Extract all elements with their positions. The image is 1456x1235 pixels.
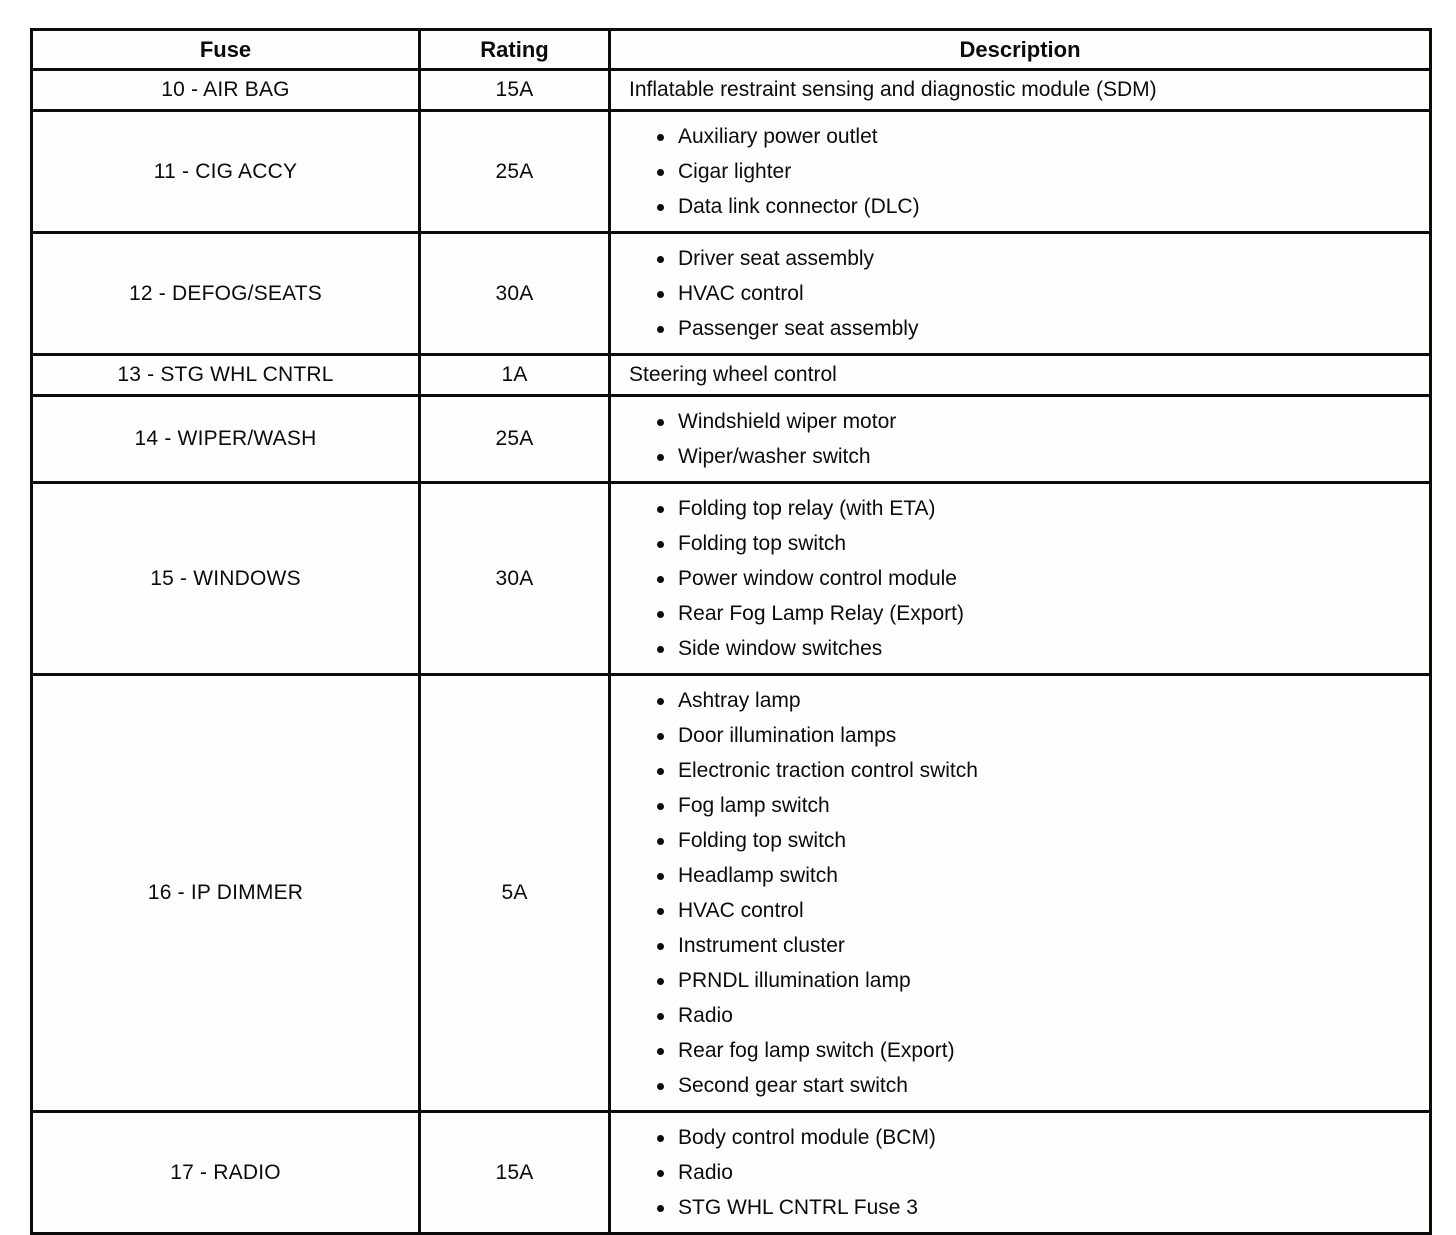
description-cell: Driver seat assembly HVAC control Passen…	[611, 234, 1429, 353]
description-text: Side window switches	[678, 631, 882, 666]
description-cell: Body control module (BCM) Radio STG WHL …	[611, 1113, 1429, 1232]
bullet-icon	[657, 803, 664, 810]
description-item: STG WHL CNTRL Fuse 3	[657, 1190, 1419, 1225]
description-cell: Steering wheel control	[611, 356, 1429, 394]
bullet-icon	[657, 1083, 664, 1090]
description-text: Instrument cluster	[678, 928, 845, 963]
fuse-cell: 12 - DEFOG/SEATS	[33, 234, 421, 353]
fuse-cell: 17 - RADIO	[33, 1113, 421, 1232]
description-text: Auxiliary power outlet	[678, 119, 878, 154]
bullet-icon	[657, 698, 664, 705]
description-item: Auxiliary power outlet	[657, 119, 1419, 154]
description-item: HVAC control	[657, 893, 1419, 928]
bullet-icon	[657, 256, 664, 263]
description-text: Door illumination lamps	[678, 718, 896, 753]
description-item: Instrument cluster	[657, 928, 1419, 963]
fuse-cell: 13 - STG WHL CNTRL	[33, 356, 421, 394]
table-row: 15 - WINDOWS 30A Folding top relay (with…	[33, 484, 1429, 676]
rating-cell: 15A	[421, 71, 611, 109]
description-text: Radio	[678, 1155, 733, 1190]
description-text: Windshield wiper motor	[678, 404, 896, 439]
description-item: Folding top switch	[657, 823, 1419, 858]
table-row: 10 - AIR BAG 15A Inflatable restraint se…	[33, 71, 1429, 112]
description-text: Driver seat assembly	[678, 241, 874, 276]
description-item: Wiper/washer switch	[657, 439, 1419, 474]
bullet-icon	[657, 943, 664, 950]
description-item: Windshield wiper motor	[657, 404, 1419, 439]
bullet-icon	[657, 1048, 664, 1055]
description-item: Power window control module	[657, 561, 1419, 596]
description-text: Electronic traction control switch	[678, 753, 978, 788]
description-text: PRNDL illumination lamp	[678, 963, 911, 998]
bullet-icon	[657, 1135, 664, 1142]
description-text: Fog lamp switch	[678, 788, 830, 823]
description-text: HVAC control	[678, 276, 804, 311]
fuse-cell: 16 - IP DIMMER	[33, 676, 421, 1110]
description-text: Folding top switch	[678, 823, 846, 858]
description-text: Headlamp switch	[678, 858, 838, 893]
description-text: Rear fog lamp switch (Export)	[678, 1033, 955, 1068]
bullet-icon	[657, 506, 664, 513]
rating-cell: 25A	[421, 397, 611, 481]
fuse-box-table: Fuse Rating Description 10 - AIR BAG 15A…	[30, 28, 1432, 1235]
description-text: HVAC control	[678, 893, 804, 928]
table-row: 16 - IP DIMMER 5A Ashtray lamp Door illu…	[33, 676, 1429, 1113]
column-header-rating: Rating	[421, 31, 611, 68]
column-header-fuse: Fuse	[33, 31, 421, 68]
description-text: Body control module (BCM)	[678, 1120, 936, 1155]
table-header-row: Fuse Rating Description	[33, 31, 1429, 71]
description-cell: Inflatable restraint sensing and diagnos…	[611, 71, 1429, 109]
bullet-icon	[657, 134, 664, 141]
description-text: Ashtray lamp	[678, 683, 801, 718]
table-row: 11 - CIG ACCY 25A Auxiliary power outlet…	[33, 112, 1429, 234]
description-item: HVAC control	[657, 276, 1419, 311]
bullet-icon	[657, 454, 664, 461]
bullet-icon	[657, 291, 664, 298]
bullet-icon	[657, 1013, 664, 1020]
description-text: Folding top relay (with ETA)	[678, 491, 936, 526]
description-item: Second gear start switch	[657, 1068, 1419, 1103]
description-item: Door illumination lamps	[657, 718, 1419, 753]
bullet-icon	[657, 646, 664, 653]
description-text: Second gear start switch	[678, 1068, 908, 1103]
description-text: Passenger seat assembly	[678, 311, 918, 346]
description-text: Cigar lighter	[678, 154, 791, 189]
description-item: Fog lamp switch	[657, 788, 1419, 823]
bullet-icon	[657, 1170, 664, 1177]
description-text: Data link connector (DLC)	[678, 189, 920, 224]
description-item: Radio	[657, 1155, 1419, 1190]
description-cell: Windshield wiper motor Wiper/washer swit…	[611, 397, 1429, 481]
bullet-icon	[657, 768, 664, 775]
bullet-icon	[657, 978, 664, 985]
description-item: Folding top switch	[657, 526, 1419, 561]
description-cell: Auxiliary power outlet Cigar lighter Dat…	[611, 112, 1429, 231]
description-item: Folding top relay (with ETA)	[657, 491, 1419, 526]
description-item: Headlamp switch	[657, 858, 1419, 893]
description-text: Power window control module	[678, 561, 957, 596]
table-row: 14 - WIPER/WASH 25A Windshield wiper mot…	[33, 397, 1429, 484]
description-text: Rear Fog Lamp Relay (Export)	[678, 596, 964, 631]
bullet-icon	[657, 908, 664, 915]
bullet-icon	[657, 1205, 664, 1212]
table-row: 17 - RADIO 15A Body control module (BCM)…	[33, 1113, 1429, 1232]
table-row: 12 - DEFOG/SEATS 30A Driver seat assembl…	[33, 234, 1429, 356]
description-item: PRNDL illumination lamp	[657, 963, 1419, 998]
description-item: Cigar lighter	[657, 154, 1419, 189]
description-item: Ashtray lamp	[657, 683, 1419, 718]
description-item: Passenger seat assembly	[657, 311, 1419, 346]
description-cell: Folding top relay (with ETA) Folding top…	[611, 484, 1429, 673]
description-text: Wiper/washer switch	[678, 439, 871, 474]
bullet-icon	[657, 733, 664, 740]
rating-cell: 5A	[421, 676, 611, 1110]
fuse-cell: 11 - CIG ACCY	[33, 112, 421, 231]
description-item: Rear fog lamp switch (Export)	[657, 1033, 1419, 1068]
description-text: Radio	[678, 998, 733, 1033]
fuse-cell: 14 - WIPER/WASH	[33, 397, 421, 481]
description-cell: Ashtray lamp Door illumination lamps Ele…	[611, 676, 1429, 1110]
description-text: STG WHL CNTRL Fuse 3	[678, 1190, 918, 1225]
column-header-description: Description	[611, 31, 1429, 68]
description-item: Driver seat assembly	[657, 241, 1419, 276]
bullet-icon	[657, 576, 664, 583]
rating-cell: 1A	[421, 356, 611, 394]
rating-cell: 30A	[421, 484, 611, 673]
bullet-icon	[657, 204, 664, 211]
bullet-icon	[657, 873, 664, 880]
bullet-icon	[657, 169, 664, 176]
table-row: 13 - STG WHL CNTRL 1A Steering wheel con…	[33, 356, 1429, 397]
description-item: Radio	[657, 998, 1419, 1033]
description-text: Folding top switch	[678, 526, 846, 561]
description-item: Electronic traction control switch	[657, 753, 1419, 788]
bullet-icon	[657, 419, 664, 426]
bullet-icon	[657, 326, 664, 333]
description-item: Data link connector (DLC)	[657, 189, 1419, 224]
rating-cell: 25A	[421, 112, 611, 231]
fuse-cell: 10 - AIR BAG	[33, 71, 421, 109]
fuse-cell: 15 - WINDOWS	[33, 484, 421, 673]
bullet-icon	[657, 541, 664, 548]
bullet-icon	[657, 838, 664, 845]
rating-cell: 30A	[421, 234, 611, 353]
bullet-icon	[657, 611, 664, 618]
description-item: Body control module (BCM)	[657, 1120, 1419, 1155]
rating-cell: 15A	[421, 1113, 611, 1232]
description-item: Rear Fog Lamp Relay (Export)	[657, 596, 1419, 631]
description-item: Side window switches	[657, 631, 1419, 666]
